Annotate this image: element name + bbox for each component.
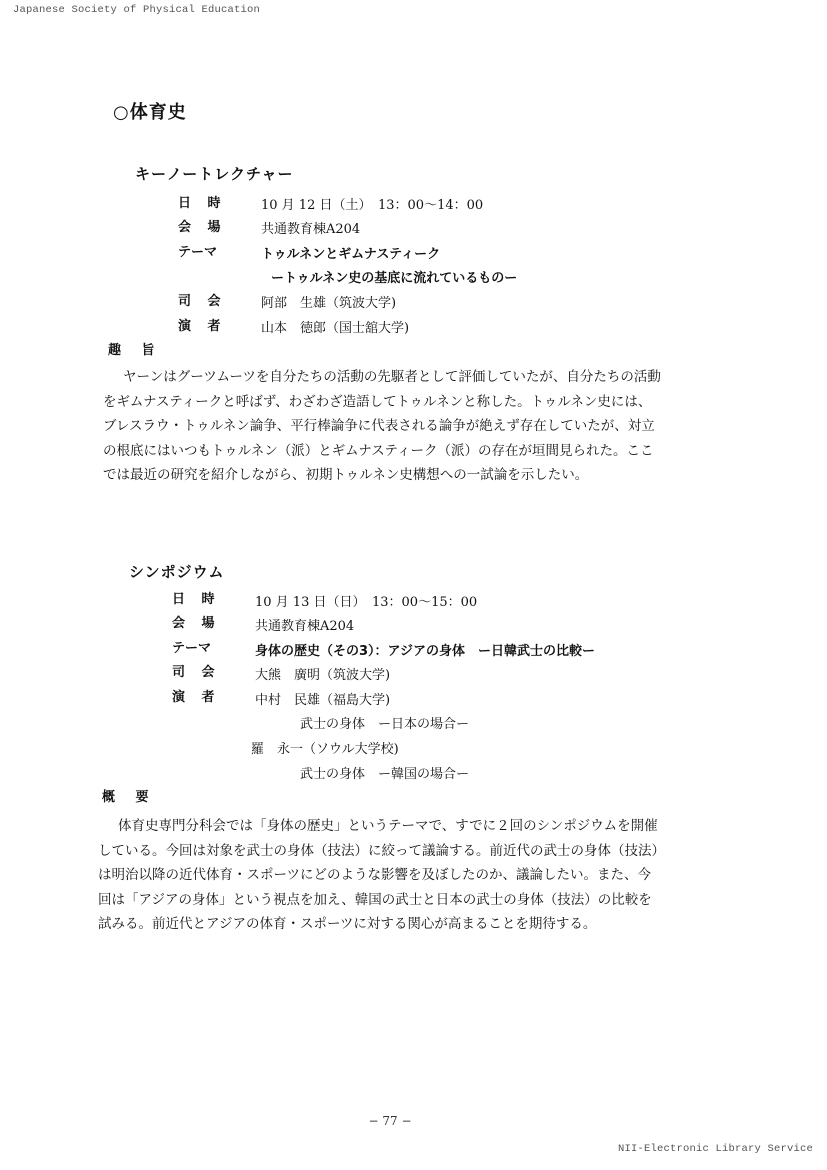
keynote-chair-label: 司 会: [178, 290, 227, 309]
symposium-title: シンポジウム: [129, 561, 224, 582]
keynote-date-value: 10 月 12 日（土） 13：00〜14：00: [261, 194, 483, 213]
symposium-venue-value: 共通教育棟A204: [255, 615, 354, 634]
symposium-theme-label: テーマ: [172, 637, 211, 656]
keynote-summary-line: ブレスラウ・トゥルネン論争、平行棒論争に代表される論争が絶えず存在していたが、対…: [103, 414, 703, 439]
symposium-venue-label: 会 場: [172, 612, 221, 631]
page-number: − 77 −: [0, 1114, 780, 1128]
keynote-speaker-value: 山本 徳郎（国士舘大学): [261, 317, 409, 336]
symposium-summary-line: 試みる。前近代とアジアの体育・スポーツに対する関心が高まることを期待する。: [98, 912, 690, 937]
keynote-speaker-label: 演 者: [178, 315, 227, 334]
symposium-chair-label: 司 会: [172, 661, 221, 680]
symposium-speaker-label: 演 者: [172, 686, 221, 705]
keynote-theme-label: テーマ: [178, 241, 217, 260]
symposium-date-label: 日 時: [172, 588, 221, 607]
header-publisher-note: Japanese Society of Physical Education: [13, 4, 260, 16]
keynote-chair-value: 阿部 生雄（筑波大学): [261, 292, 396, 311]
symposium-date-value: 10 月 13 日（日） 13：00〜15：00: [255, 591, 477, 610]
symposium-chair-value: 大熊 廣明（筑波大学): [255, 664, 390, 683]
symposium-summary-line: 体育史専門分科会では「身体の歴史」というテーマで、すでに２回のシンポジウムを開催: [98, 814, 690, 839]
symposium-summary: 体育史専門分科会では「身体の歴史」というテーマで、すでに２回のシンポジウムを開催…: [98, 814, 690, 937]
keynote-summary-line: では最近の研究を紹介しながら、初期トゥルネン史構想への一試論を示したい。: [103, 463, 703, 488]
keynote-date-label: 日 時: [178, 192, 227, 211]
symposium-summary-heading: 概 要: [102, 786, 157, 805]
keynote-venue-label: 会 場: [178, 216, 227, 235]
keynote-venue-value: 共通教育棟A204: [261, 218, 360, 237]
keynote-summary-heading: 趣 旨: [108, 339, 163, 358]
keynote-summary-line: の根底にはいつもトゥルネン（派）とギムナスティーク（派）の存在が垣間見られた。こ…: [103, 439, 703, 464]
symposium-summary-line: は明治以降の近代体育・スポーツにどのような影響を及ぼしたのか、議論したい。また、…: [98, 863, 690, 888]
keynote-summary-line: をギムナスティークと呼ばず、わざわざ造語してトゥルネンと称した。トゥルネン史には…: [103, 390, 703, 415]
keynote-summary-line: ヤーンはグーツムーツを自分たちの活動の先駆者として評価していたが、自分たちの活動: [103, 365, 703, 390]
symposium-speaker2-value: 羅 永一（ソウル大学校): [251, 738, 399, 757]
symposium-speaker1-topic: 武士の身体 ー日本の場合ー: [300, 713, 469, 732]
keynote-theme-subtitle: ートゥルネン史の基底に流れているものー: [271, 267, 517, 286]
keynote-summary: ヤーンはグーツムーツを自分たちの活動の先駆者として評価していたが、自分たちの活動…: [103, 365, 703, 488]
symposium-summary-line: している。今回は対象を武士の身体（技法）に絞って議論する。前近代の武士の身体（技…: [98, 839, 690, 864]
footer-service-note: NII-Electronic Library Service: [618, 1143, 813, 1155]
symposium-speaker2-topic: 武士の身体 ー韓国の場合ー: [300, 763, 469, 782]
keynote-title: キーノートレクチャー: [135, 163, 294, 184]
section-title: ○体育史: [113, 98, 187, 124]
keynote-theme-value: トゥルネンとギムナスティーク: [261, 243, 440, 262]
symposium-speaker1-value: 中村 民雄（福島大学): [255, 689, 390, 708]
symposium-theme-value: 身体の歴史（その3）：アジアの身体 ー日韓武士の比較ー: [255, 640, 595, 659]
symposium-summary-line: 回は「アジアの身体」という視点を加え、韓国の武士と日本の武士の身体（技法）の比較…: [98, 888, 690, 913]
